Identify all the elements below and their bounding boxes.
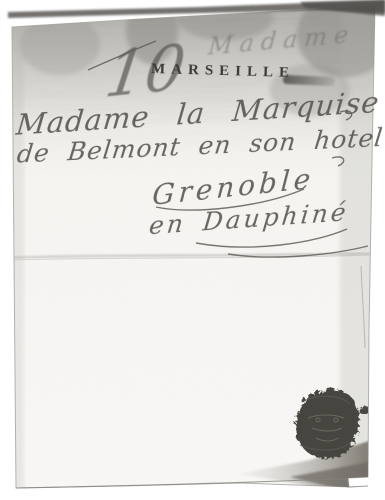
scanned-letter-page: Madame 10 MARSEILLE Madame la Marquise d… [0,0,385,500]
paper-artwork [0,0,385,500]
